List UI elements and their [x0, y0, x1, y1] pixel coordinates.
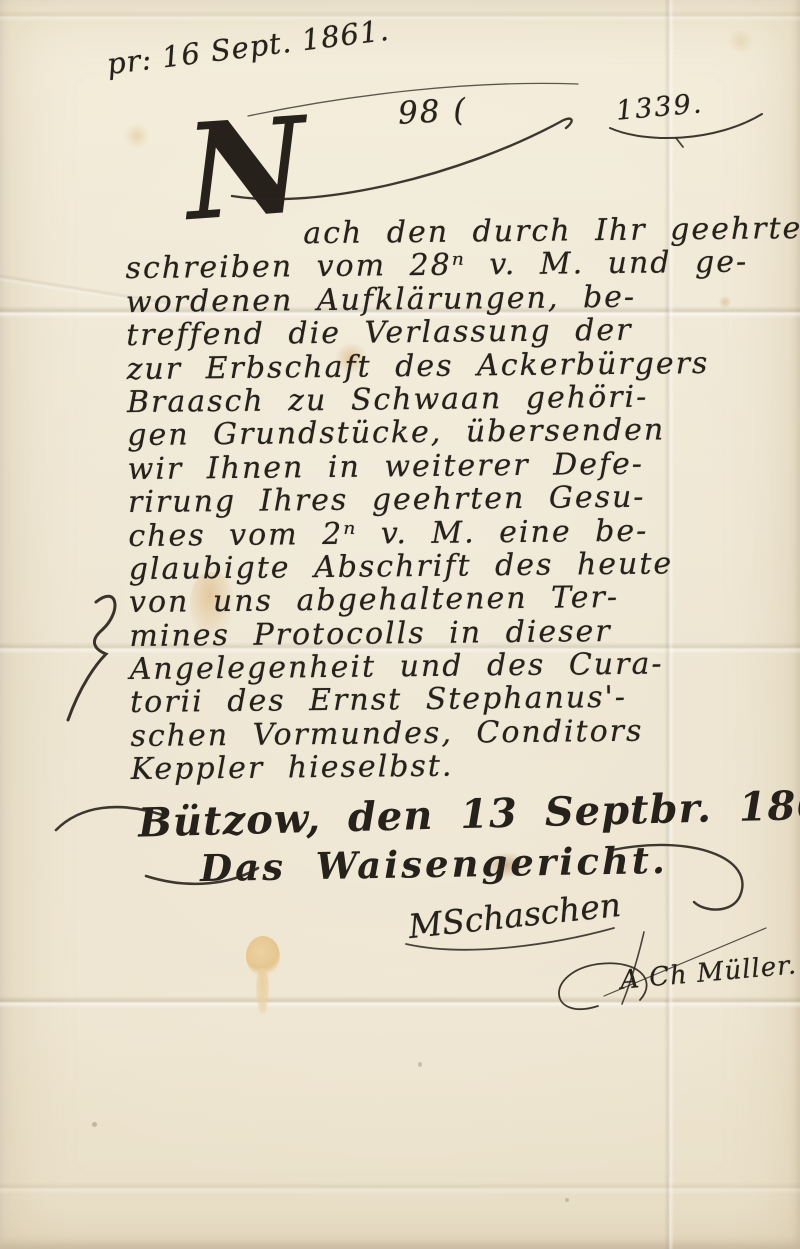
document-number: 98 (	[397, 92, 468, 132]
journal-number: 1339.	[615, 88, 705, 126]
letter-body: ach den durch Ihr geehrtes An- schreiben…	[125, 210, 800, 786]
fold-crease-lower	[0, 996, 800, 1008]
stain	[124, 124, 150, 148]
dateline: Bützow, den 13 Septbr. 1861.	[138, 780, 800, 846]
journal-underline-tick	[676, 138, 683, 147]
fold-crease-bottom	[0, 1182, 800, 1194]
letter-line: Keppler hieselbst.	[131, 744, 800, 786]
fold-crease-top	[0, 10, 800, 22]
official-signature: A Ch Müller.	[619, 950, 798, 995]
margin-paraph	[68, 596, 115, 720]
received-stamp-note: pr: 16 Sept. 1861.	[105, 13, 391, 81]
sender-line: Das Waisengericht.	[200, 838, 668, 890]
scanned-letter-page: pr: 16 Sept. 1861. 1339. 98 ( N ach den …	[0, 0, 800, 1249]
speck	[418, 1062, 422, 1067]
speck	[92, 1122, 97, 1127]
stain-drip	[246, 936, 280, 976]
stain	[726, 30, 756, 52]
clerk-signature: MSchaschen	[407, 885, 623, 946]
stain-drip-tail	[256, 968, 269, 1014]
speck	[565, 1198, 569, 1202]
